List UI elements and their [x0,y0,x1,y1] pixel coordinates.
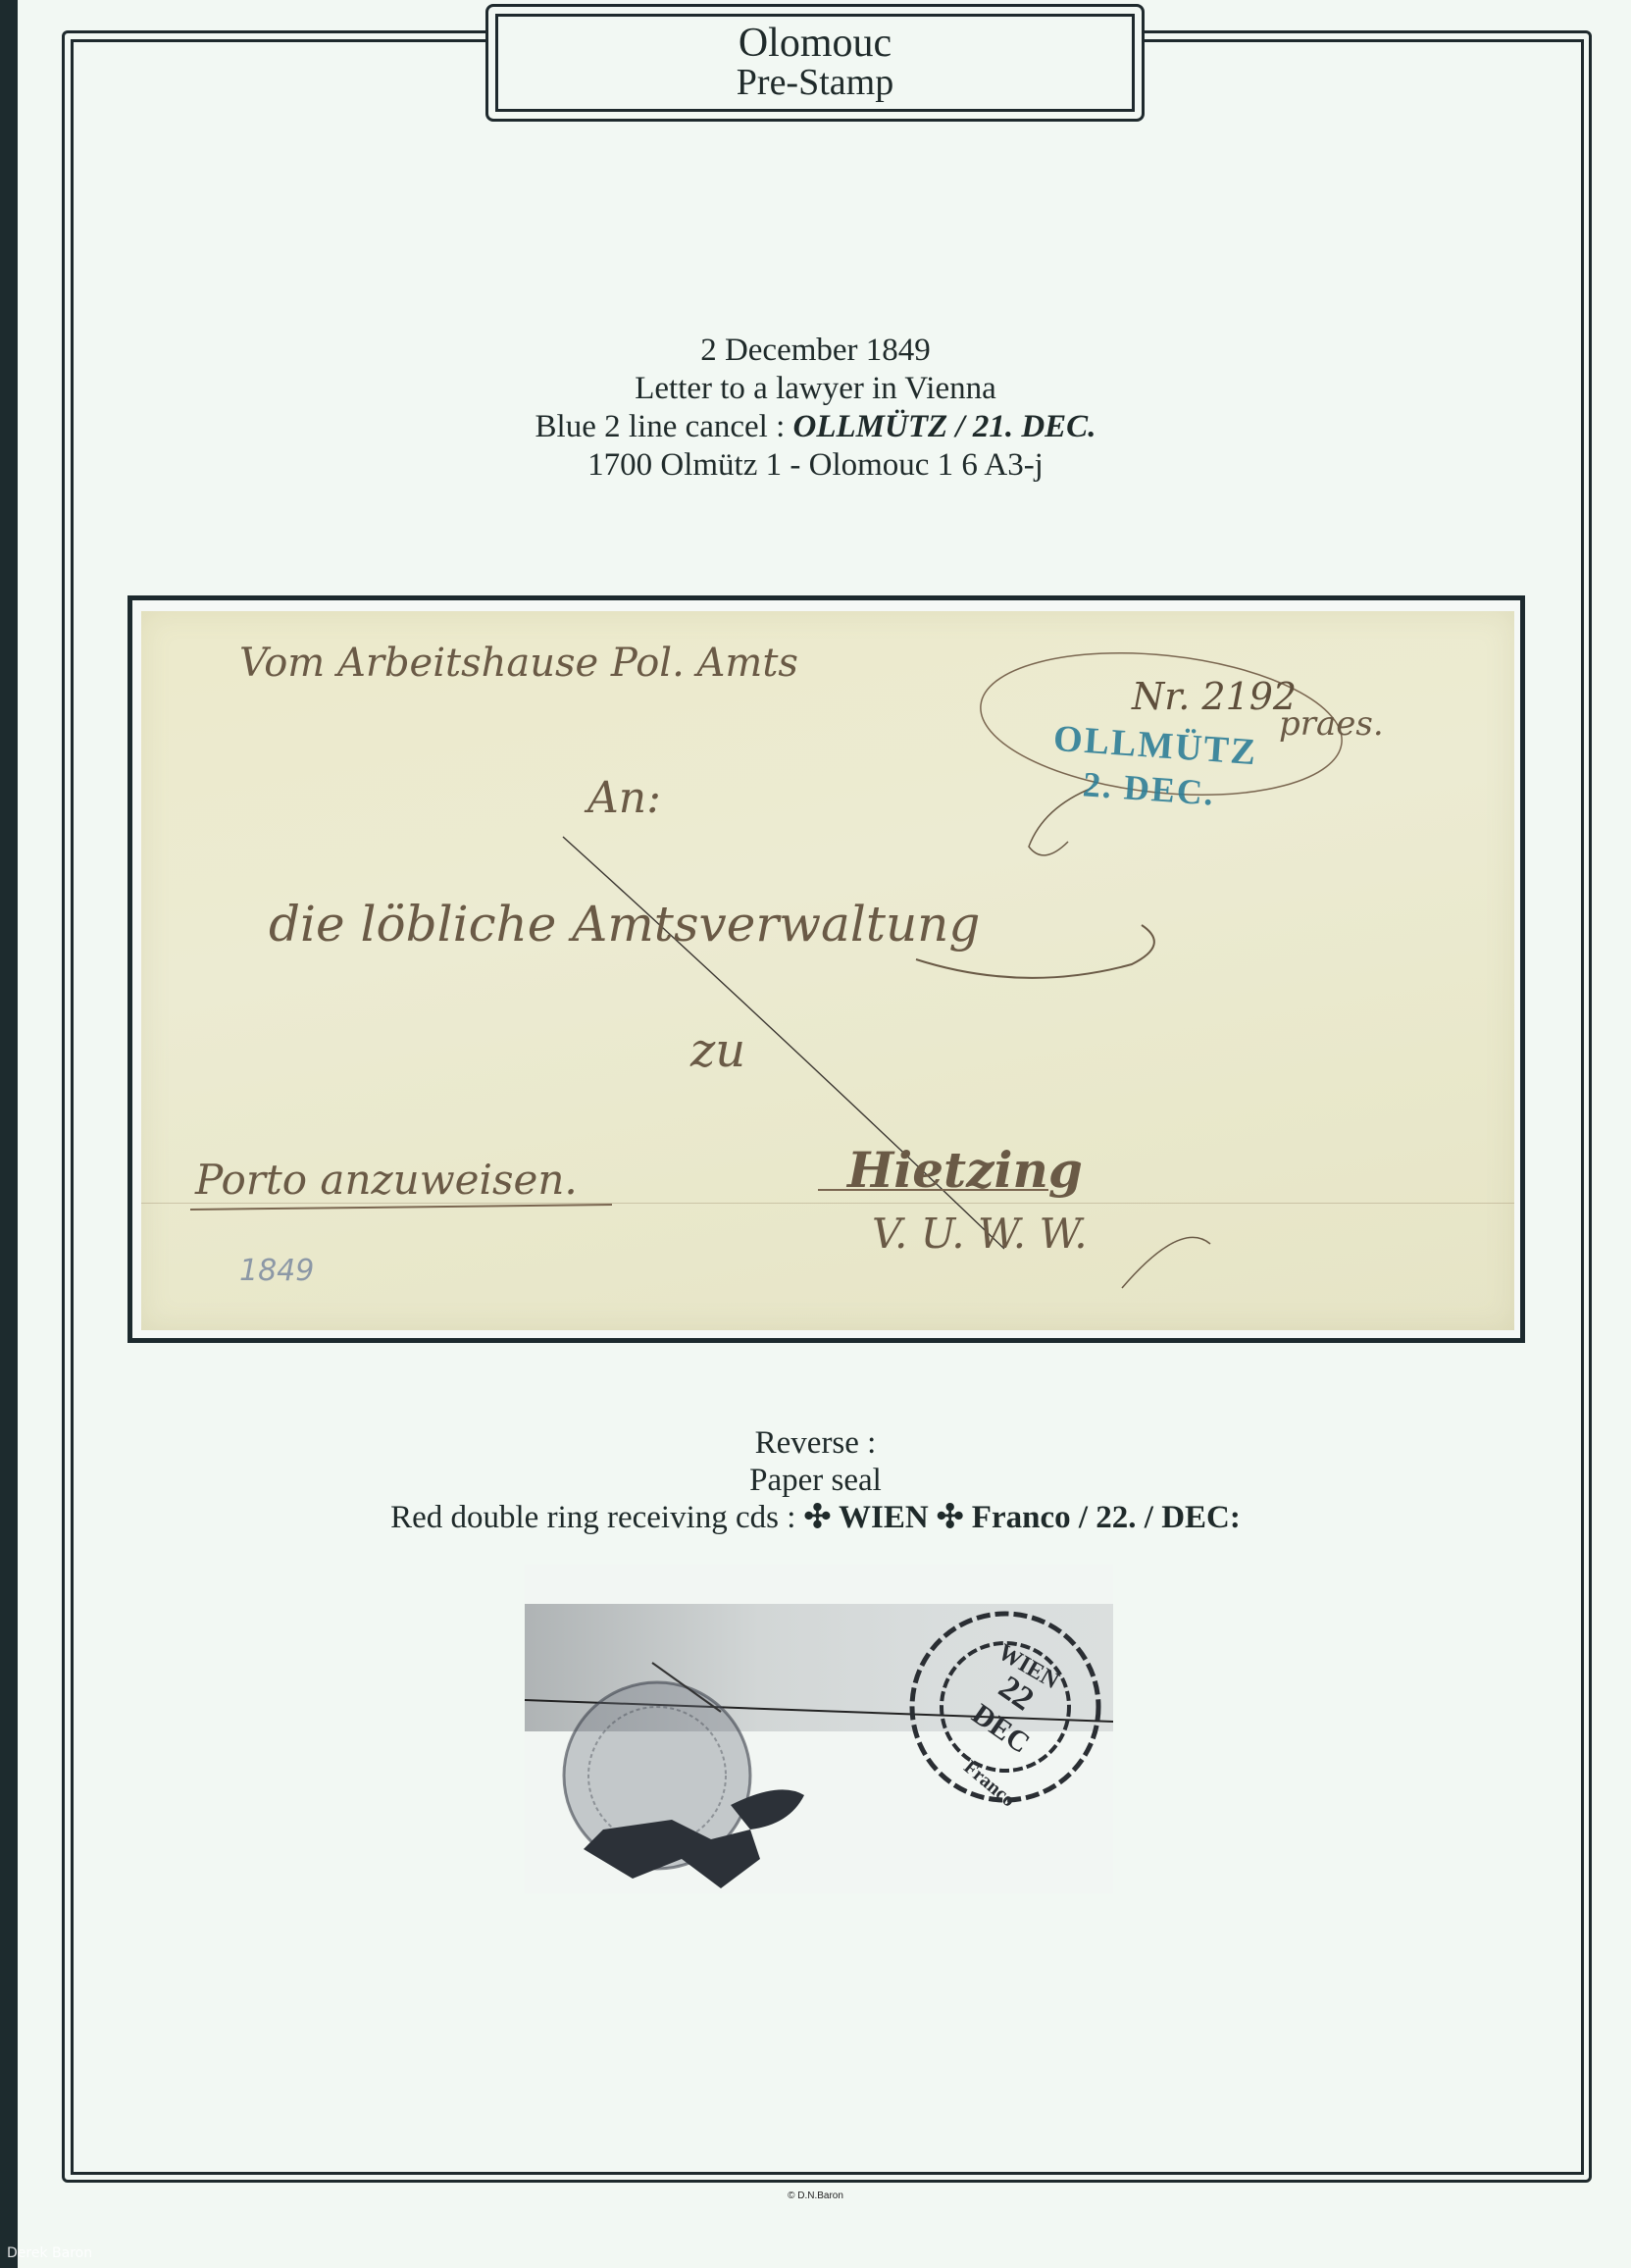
an-label: An: [587,773,661,823]
cover-catalogue-ref: 1700 Olmütz 1 - Olomouc 1 6 A3-j [0,446,1631,485]
reverse-drawing: WIEN 22 DEC Franco [525,1565,1113,1893]
watermark: Derek Baron [7,2245,92,2261]
recipient-line: die löbliche Amtsverwaltung [269,896,980,953]
zu-label: zu [690,1023,745,1078]
reverse-seal: Paper seal [0,1462,1631,1499]
cds-label: Red double ring receiving cds : [390,1500,804,1535]
cover-summary: Letter to a lawyer in Vienna [0,370,1631,408]
reverse-cds-line: Red double ring receiving cds : ✣ WIEN ✣… [0,1499,1631,1536]
cds-text: ✣ WIEN ✣ Franco / 22. / DEC: [804,1500,1241,1535]
reverse-heading: Reverse : [0,1424,1631,1462]
cancel-label: Blue 2 line cancel : [535,409,793,444]
franking-note: Porto anzuweisen. [195,1156,578,1204]
reverse-image: WIEN 22 DEC Franco [525,1565,1113,1893]
page-title: Olomouc [739,24,892,63]
copyright-notice: © D.N.Baron [0,2191,1631,2201]
title-box: Olomouc Pre-Stamp [485,4,1145,122]
cover-date: 2 December 1849 [0,332,1631,370]
cover-description: 2 December 1849 Letter to a lawyer in Vi… [0,332,1631,485]
cds-franco: Franco [959,1756,1019,1811]
reverse-description: Reverse : Paper seal Red double ring rec… [0,1424,1631,1536]
cancel-text: OLLMÜTZ / 21. DEC. [793,409,1096,444]
cover-image: Vom Arbeitshause Pol. Amts Nr. 2192 prae… [141,611,1514,1330]
pencil-year: 1849 [239,1254,314,1288]
destination-district: V. U. W. W. [872,1210,1088,1258]
registry-number: Nr. 2192 [1132,675,1297,718]
page-subtitle: Pre-Stamp [737,63,893,102]
cover-cancel-line: Blue 2 line cancel : OLLMÜTZ / 21. DEC. [0,408,1631,446]
sender-line: Vom Arbeitshause Pol. Amts [239,641,798,686]
destination-place: Hietzing [847,1141,1083,1199]
registry-suffix: praes. [1279,704,1384,744]
